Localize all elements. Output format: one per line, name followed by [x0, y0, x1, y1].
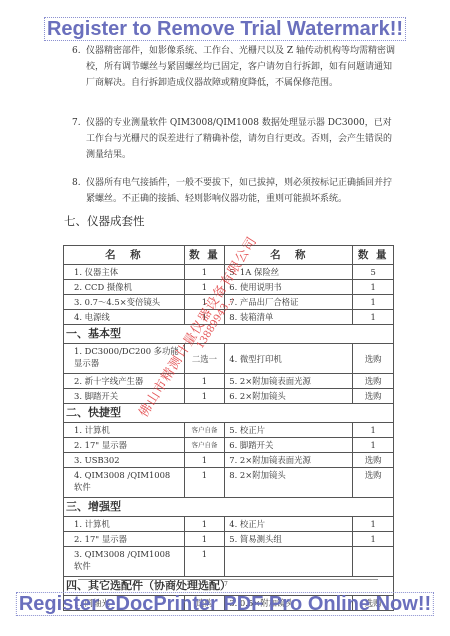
item-qty: 1	[184, 468, 225, 498]
note-number: 6.	[72, 43, 81, 59]
item-name: 8. 2×附加镜头	[225, 468, 353, 498]
note-6: 6. 仪器精密部件，如影像系统、工作台、光栅尺以及 Z 轴传动机构等均需精密调校…	[86, 43, 396, 91]
note-text: 仪器的专业测量软件 QIM3008/QIM1008 数据处理显示器 DC3000…	[86, 118, 392, 160]
item-name: 2. 17" 显示器	[64, 438, 185, 453]
item-name: 3. QIM3008 /QIM1008 软件	[64, 547, 185, 577]
item-name: 2. 新十字线产生器	[64, 374, 185, 389]
header-name: 名 称	[225, 246, 353, 265]
item-name: 1. 计算机	[64, 423, 185, 438]
item-name: 3. USB302	[64, 453, 185, 468]
item-name	[225, 547, 353, 577]
group-header-quick: 二、快捷型	[64, 404, 394, 423]
item-name: 7. 2×附加镜表面光源	[225, 453, 353, 468]
item-qty: 1	[184, 280, 225, 295]
table-row: 3. 0.7～4.5×变倍镜头 1 7. 产品出厂合格证 1	[64, 295, 394, 310]
header-qty: 数 量	[184, 246, 225, 265]
group-title: 二、快捷型	[64, 404, 394, 423]
item-name: 6. 2×附加镜头	[225, 389, 353, 404]
section-title: 七、仪器成套性	[64, 213, 145, 229]
item-qty: 1	[353, 423, 394, 438]
item-name: 5. 1A 保险丝	[225, 265, 353, 280]
item-name: 4. 微型打印机	[225, 344, 353, 374]
note-number: 7.	[72, 115, 81, 131]
table-row: 1. 计算机 客户自备 5. 校正片 1	[64, 423, 394, 438]
group-header-basic: 一、基本型	[64, 325, 394, 344]
item-qty: 1	[184, 547, 225, 577]
item-name: 7. 产品出厂合格证	[225, 295, 353, 310]
table-row: 2. 17" 显示器 客户自备 6. 脚踏开关 1	[64, 438, 394, 453]
table-row: 1. 计算机 1 4. 校正片 1	[64, 517, 394, 532]
item-qty: 1	[184, 532, 225, 547]
item-name: 5. 2×附加镜表面光源	[225, 374, 353, 389]
item-qty: 1	[353, 310, 394, 325]
table-row: 1. DC3000/DC200 多功能显示器 二选一 4. 微型打印机 选购	[64, 344, 394, 374]
item-name: 4. QIM3008 /QIM1008 软件	[64, 468, 185, 498]
item-qty: 1	[184, 374, 225, 389]
note-text: 仪器精密部件，如影像系统、工作台、光栅尺以及 Z 轴传动机构等均需精密调校，所有…	[86, 46, 395, 88]
item-qty: 1	[353, 280, 394, 295]
note-text: 仪器所有电气接插件，一般不要拔下，如已拔掉，则必须按标记正确插回并拧紧螺丝。不正…	[86, 178, 392, 204]
item-qty: 1	[184, 295, 225, 310]
item-name: 3. 0.7～4.5×变倍镜头	[64, 295, 185, 310]
item-name: 3. 脚踏开关	[64, 389, 185, 404]
item-qty: 1	[184, 310, 225, 325]
trial-watermark-top: Register to Remove Trial Watermark!!	[44, 17, 406, 41]
table-row: 3. 脚踏开关 1 6. 2×附加镜头 选购	[64, 389, 394, 404]
item-qty: 1	[353, 438, 394, 453]
note-number: 8.	[72, 175, 81, 191]
group-title: 三、增强型	[64, 498, 394, 517]
item-name: 1. 仪器主体	[64, 265, 185, 280]
group-header-enhanced: 三、增强型	[64, 498, 394, 517]
item-name: 6. 使用说明书	[225, 280, 353, 295]
item-qty: 选购	[353, 453, 394, 468]
item-qty: 1	[353, 532, 394, 547]
item-name: 5. 简易测头组	[225, 532, 353, 547]
item-name: 8. 装箱清单	[225, 310, 353, 325]
table-row: 2. CCD 摄像机 1 6. 使用说明书 1	[64, 280, 394, 295]
table-row: 4. 电源线 1 8. 装箱清单 1	[64, 310, 394, 325]
item-qty: 选购	[353, 389, 394, 404]
table-row: 2. 17" 显示器 1 5. 简易测头组 1	[64, 532, 394, 547]
page-number: 7	[224, 581, 228, 588]
item-name: 4. 校正片	[225, 517, 353, 532]
item-qty: 客户自备	[184, 423, 225, 438]
item-qty	[353, 547, 394, 577]
item-qty: 1	[184, 389, 225, 404]
table-row: 3. QIM3008 /QIM1008 软件 1	[64, 547, 394, 577]
equipment-table: 名 称 数 量 名 称 数 量 1. 仪器主体 1 5. 1A 保险丝 5 2.…	[63, 245, 394, 611]
table-row: 4. QIM3008 /QIM1008 软件 1 8. 2×附加镜头 选购	[64, 468, 394, 498]
item-qty: 1	[184, 453, 225, 468]
item-name: 1. DC3000/DC200 多功能显示器	[64, 344, 185, 374]
note-8: 8. 仪器所有电气接插件，一般不要拔下，如已拔掉，则必须按标记正确插回并拧紧螺丝…	[86, 175, 396, 207]
note-7: 7. 仪器的专业测量软件 QIM3008/QIM1008 数据处理显示器 DC3…	[86, 115, 396, 163]
item-qty: 选购	[353, 374, 394, 389]
trial-watermark-bottom: Register eDocPrinter PDF Pro Online Now!…	[16, 592, 434, 616]
item-name: 4. 电源线	[64, 310, 185, 325]
table-row: 2. 新十字线产生器 1 5. 2×附加镜表面光源 选购	[64, 374, 394, 389]
item-qty: 选购	[353, 344, 394, 374]
item-qty: 客户自备	[184, 438, 225, 453]
item-name: 1. 计算机	[64, 517, 185, 532]
footer-divider	[78, 579, 378, 580]
table-header-row: 名 称 数 量 名 称 数 量	[64, 246, 394, 265]
table-row: 1. 仪器主体 1 5. 1A 保险丝 5	[64, 265, 394, 280]
item-name: 2. 17" 显示器	[64, 532, 185, 547]
item-qty: 5	[353, 265, 394, 280]
item-name: 2. CCD 摄像机	[64, 280, 185, 295]
item-qty: 1	[184, 265, 225, 280]
item-name: 6. 脚踏开关	[225, 438, 353, 453]
item-qty: 选购	[353, 468, 394, 498]
header-qty: 数 量	[353, 246, 394, 265]
group-title: 一、基本型	[64, 325, 394, 344]
item-qty: 1	[184, 517, 225, 532]
header-name: 名 称	[64, 246, 185, 265]
item-qty: 1	[353, 517, 394, 532]
item-name: 5. 校正片	[225, 423, 353, 438]
item-qty: 二选一	[184, 344, 225, 374]
table-row: 3. USB302 1 7. 2×附加镜表面光源 选购	[64, 453, 394, 468]
item-qty: 1	[353, 295, 394, 310]
